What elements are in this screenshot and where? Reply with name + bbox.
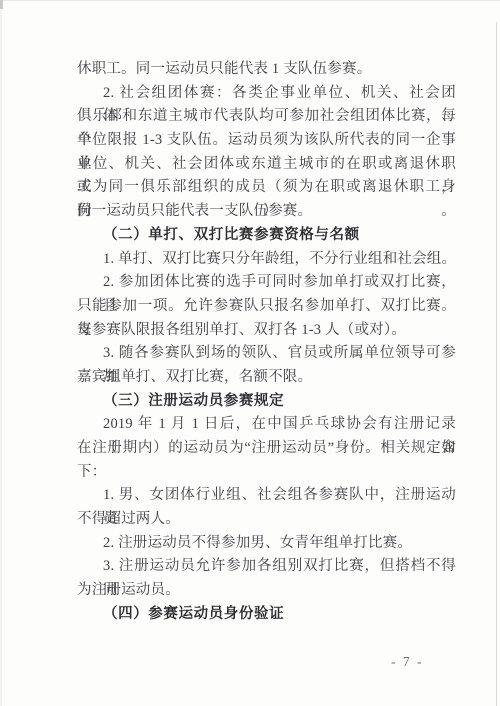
- text-line: 只能参加一项。允许参赛队只报名参加单打、双打比赛。每: [77, 295, 456, 319]
- text-line: 单位、机关、社会团体或东道主城市的在职或离退休职工，: [77, 153, 456, 177]
- text-line: 2. 注册运动员不得参加男、女青年组单打比赛。: [77, 532, 456, 556]
- scan-right-edge-line: [496, 22, 497, 706]
- document-body: 休职工。同一运动员只能代表 1 支队伍参赛。2. 社会组团体赛：各类企事业单位、…: [77, 58, 456, 627]
- scan-left-edge: [0, 0, 2, 706]
- text-line: （四）参赛运动员身份验证: [77, 603, 456, 627]
- text-line: 单位限报 1-3 支队伍。运动员须为该队所代表的同一企事业: [77, 129, 456, 153]
- text-line: 3. 随各参赛队到场的领队、官员或所属单位领导可参加: [77, 342, 456, 366]
- text-line: （二）单打、双打比赛参赛资格与名额: [77, 224, 456, 248]
- text-line: 或为同一俱乐部组织的成员（须为在职或离退休职工身份）。: [77, 176, 456, 200]
- document-page: 休职工。同一运动员只能代表 1 支队伍参赛。2. 社会组团体赛：各类企事业单位、…: [0, 0, 500, 706]
- text-line: 2. 参加团体比赛的选手可同时参加单打或双打比赛，且: [77, 271, 456, 295]
- text-line: 在注册期内）的运动员为“注册运动员”身份。相关规定如: [77, 437, 456, 461]
- text-line: （三）注册运动员参赛规定: [77, 390, 456, 414]
- scan-top-edge: [0, 0, 500, 1]
- text-line: 2019 年 1 月 1 日后，在中国乒乓球协会有注册记录（含: [77, 413, 456, 437]
- text-line: 嘉宾组单打、双打比赛，名额不限。: [77, 366, 456, 390]
- text-line: 1. 男、女团体行业组、社会组各参赛队中，注册运动员: [77, 484, 456, 508]
- text-line: 下：: [77, 461, 456, 485]
- text-line: 休职工。同一运动员只能代表 1 支队伍参赛。: [77, 58, 456, 82]
- scan-corner-artifact: [0, 0, 3, 9]
- text-line: 3. 注册运动员允许参加各组别双打比赛，但搭档不得同: [77, 555, 456, 579]
- text-line: 支参赛队限报各组别单打、双打各 1-3 人（或对）。: [77, 319, 456, 343]
- page-number: - 7 -: [391, 654, 424, 670]
- text-line: 不得超过两人。: [77, 508, 456, 532]
- text-line: 2. 社会组团体赛：各类企事业单位、机关、社会团体、: [77, 82, 456, 106]
- text-line: 俱乐部和东道主城市代表队均可参加社会组团体比赛，每个: [77, 105, 456, 129]
- text-line: 1. 单打、双打比赛只分年龄组，不分行业组和社会组。: [77, 248, 456, 272]
- text-line: 为注册运动员。: [77, 579, 456, 603]
